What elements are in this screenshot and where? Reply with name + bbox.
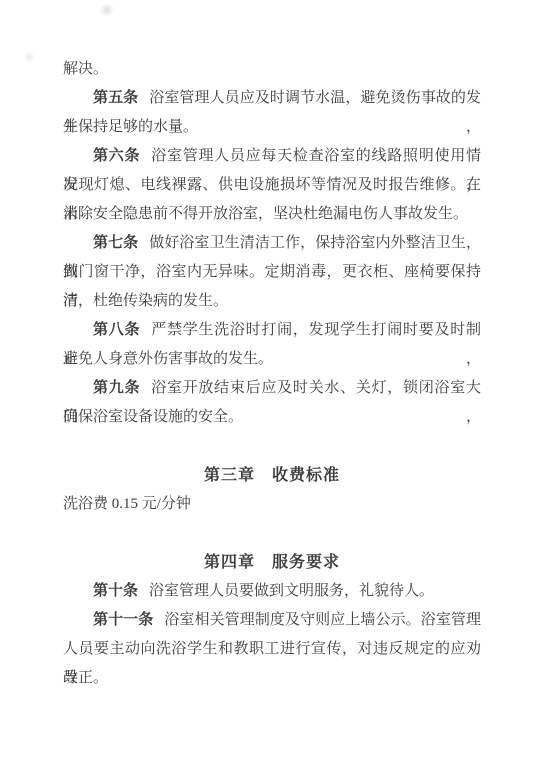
article-number: 第十条: [93, 583, 138, 599]
scan-artifact: [22, 52, 36, 62]
article-number: 第五条: [93, 90, 138, 106]
chapter-3-heading: 第三章 收费标准: [63, 461, 481, 490]
article-line: 第十一条浴室相关管理制度及守则应上墙公示。浴室管理: [63, 606, 481, 635]
article-line: 第七条做好浴室卫生清洁工作，保持浴室内外整洁卫生，做: [63, 229, 481, 258]
document-body: 解决。 第五条浴室管理人员应及时调节水温，避免烫伤事故的发生， 并保持足够的水量…: [63, 55, 481, 693]
line-text: 浴室相关管理制度及守则应上墙公示。浴室管理: [164, 612, 481, 628]
article-number: 第六条: [93, 148, 140, 164]
article-line: 第十条浴室管理人员要做到文明服务，礼貌待人。: [63, 577, 481, 606]
article-number: 第九条: [93, 380, 140, 396]
text-line: 人员要主动向洗浴学生和教职工进行宣传，对违反规定的应劝导: [63, 635, 481, 664]
article-number: 第七条: [93, 235, 138, 251]
article-number: 第八条: [93, 322, 140, 338]
text-line: 洁，杜绝传染病的发生。: [63, 287, 481, 316]
article-line: 第六条浴室管理人员应每天检查浴室的线路照明使用情况，: [63, 142, 481, 171]
fee-line: 洗浴费 0.15 元/分钟: [63, 490, 481, 519]
document-page: 解决。 第五条浴室管理人员应及时调节水温，避免烫伤事故的发生， 并保持足够的水量…: [0, 0, 542, 768]
line-text: 浴室管理人员要做到文明服务，礼貌待人。: [149, 583, 434, 599]
text-line: 到门窗干净，浴室内无异味。定期消毒，更衣柜、座椅要保持清: [63, 258, 481, 287]
article-line: 第五条浴室管理人员应及时调节水温，避免烫伤事故的发生，: [63, 84, 481, 113]
article-line: 第九条浴室开放结束后应及时关水、关灯，锁闭浴室大门，: [63, 374, 481, 403]
text-line: 解决。: [63, 55, 481, 84]
text-line: 改正。: [63, 664, 481, 693]
text-line: 发现灯熄、电线裸露、供电设施损坏等情况及时报告维修。在未: [63, 171, 481, 200]
text-line: 消除安全隐患前不得开放浴室，坚决杜绝漏电伤人事故发生。: [63, 200, 481, 229]
scan-artifact: [98, 4, 116, 16]
article-line: 第八条严禁学生洗浴时打闹，发现学生打闹时要及时制止，: [63, 316, 481, 345]
article-number: 第十一条: [93, 612, 153, 628]
chapter-4-heading: 第四章 服务要求: [63, 548, 481, 577]
